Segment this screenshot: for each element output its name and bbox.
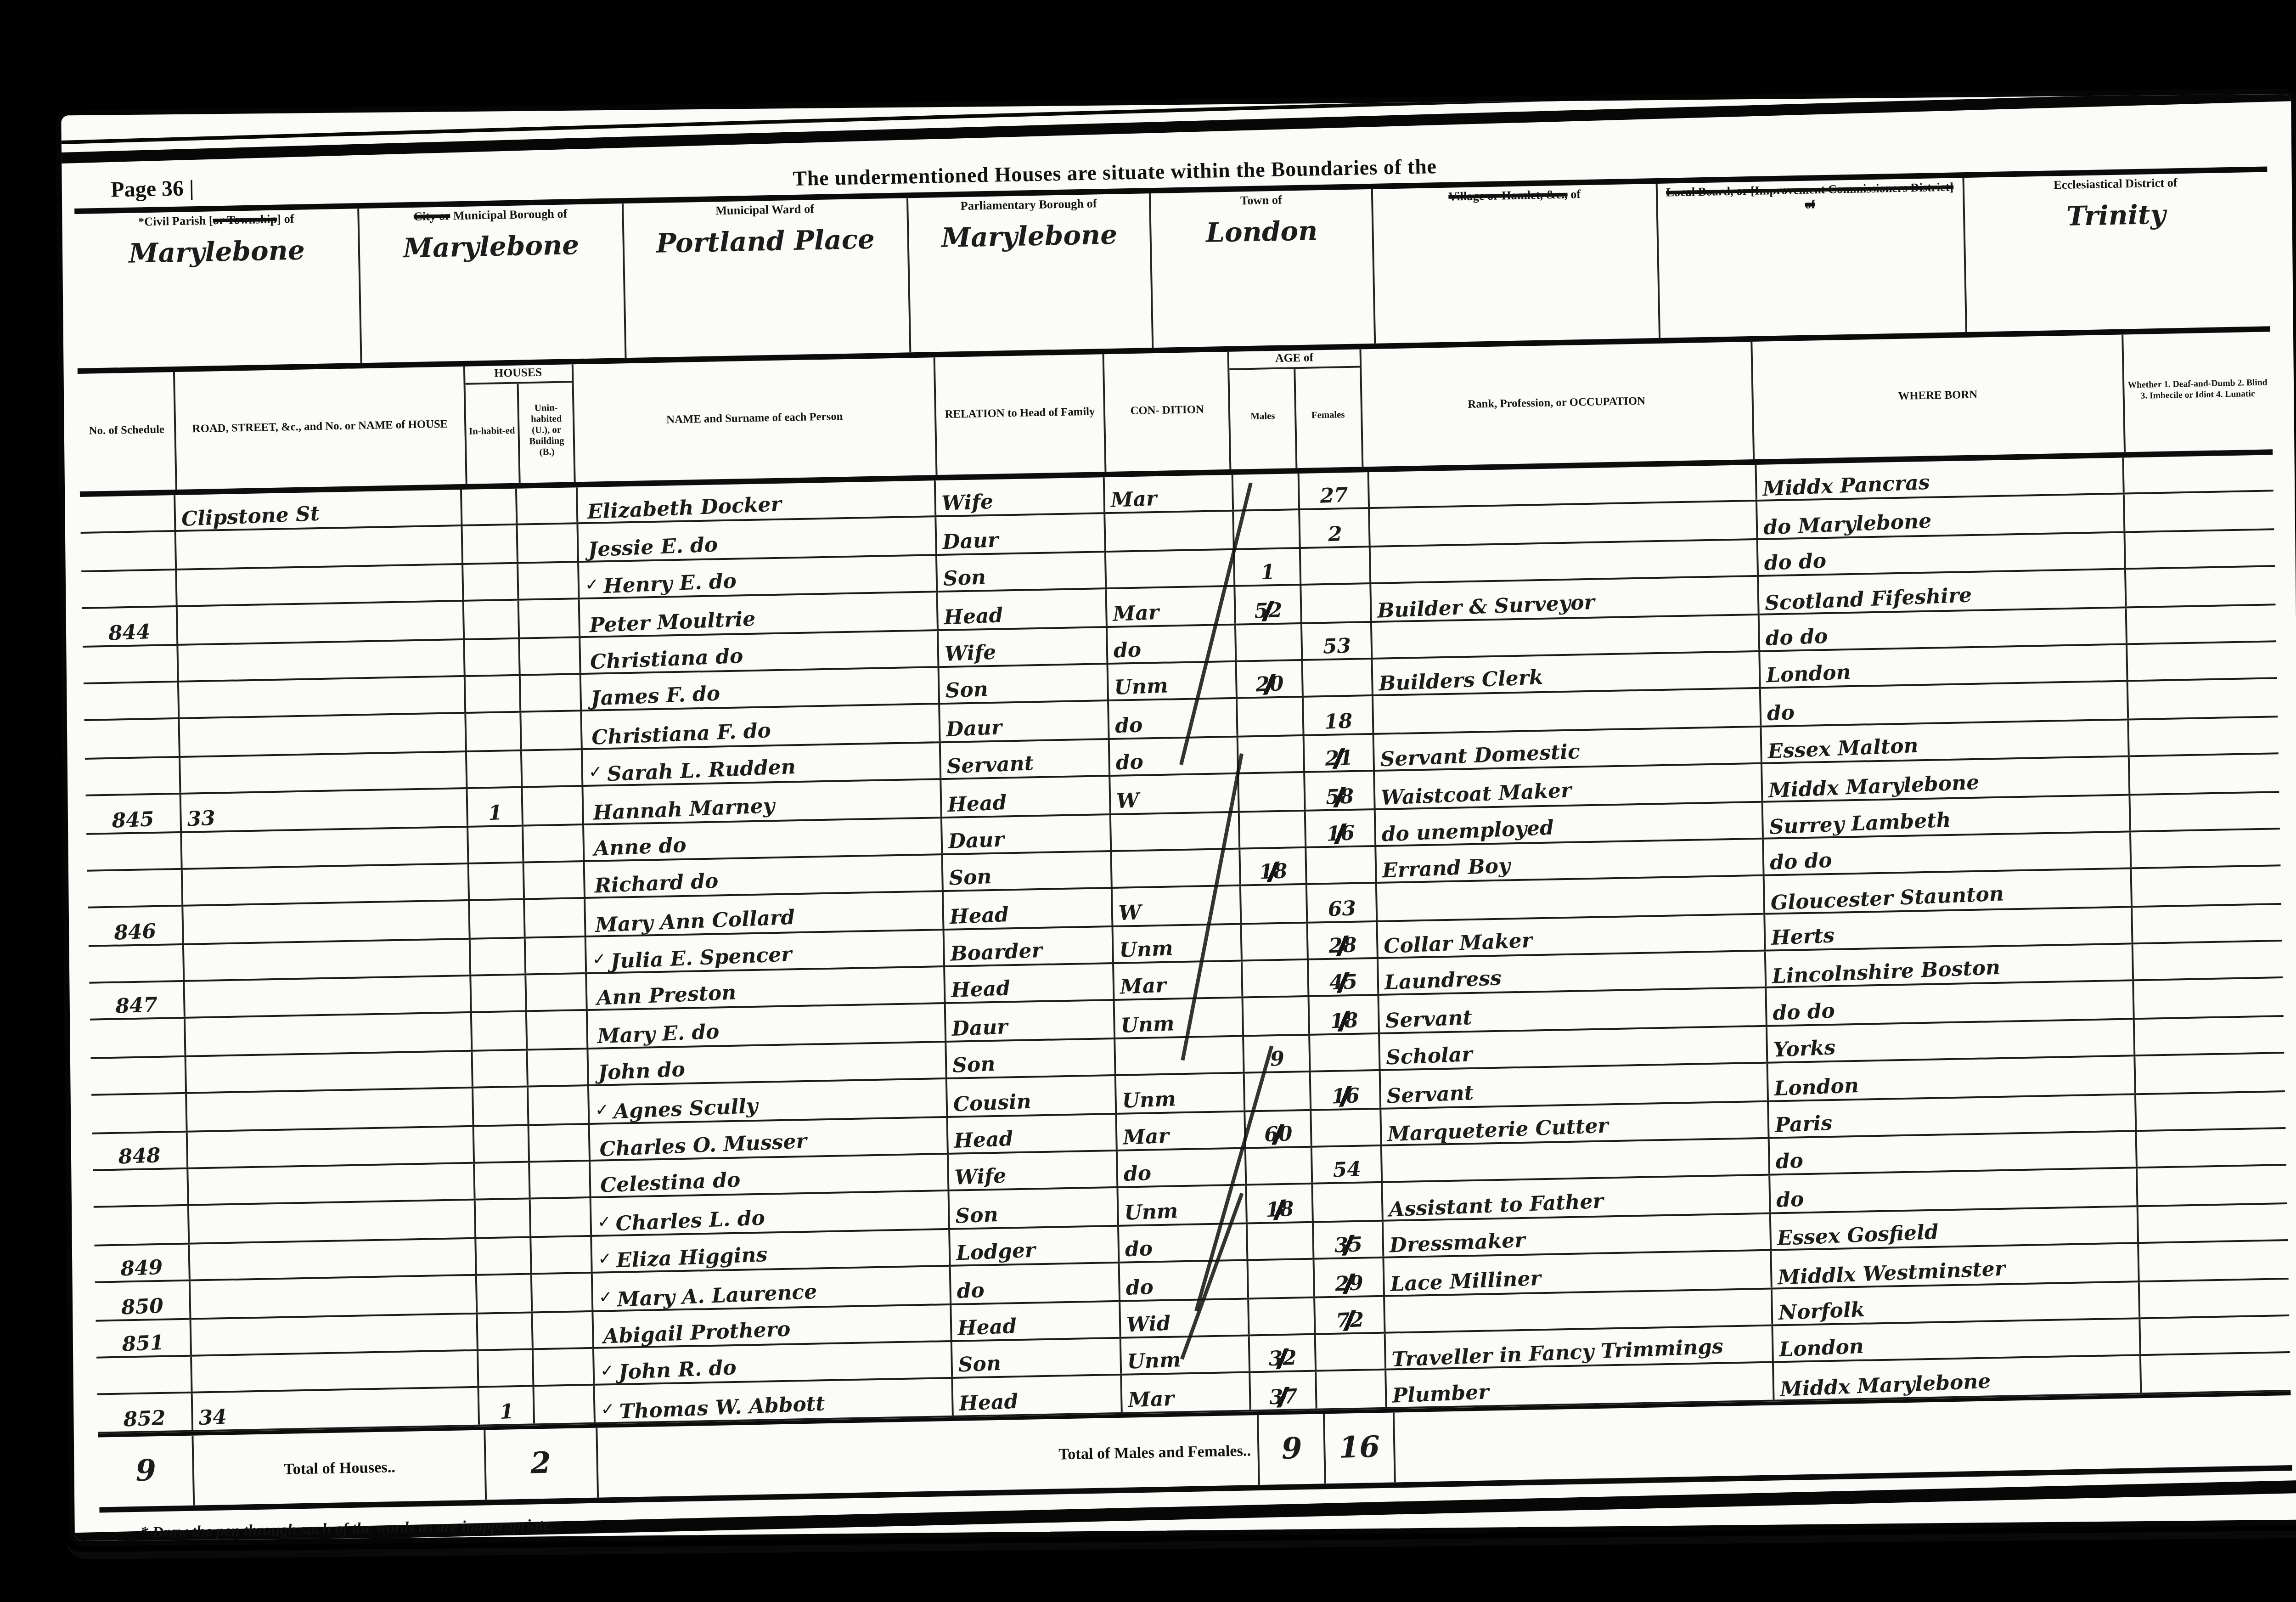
- cell-schedule: [85, 757, 181, 795]
- district-label: Municipal Ward of: [629, 202, 901, 222]
- cell-schedule: 851: [96, 1319, 192, 1357]
- cell-age-male: [1233, 474, 1300, 510]
- cell-where-born: London: [1761, 645, 2127, 688]
- cell-where-born: Essex Gosfield: [1772, 1207, 2138, 1249]
- cell-infirmities: [2133, 942, 2283, 980]
- cell-where-born: Yorks: [1768, 1020, 2135, 1062]
- cell-condition: Mar: [1123, 1374, 1251, 1412]
- cell-schedule: [91, 1094, 187, 1132]
- cell-uninhabited: [521, 637, 581, 674]
- col-header-occupation: Rank, Profession, or OCCUPATION: [1361, 342, 1755, 467]
- cell-condition: Mar: [1105, 475, 1234, 513]
- cell-uninhabited: [535, 1386, 596, 1423]
- cell-road: [179, 677, 467, 718]
- cell-occupation: Errand Boy: [1377, 839, 1765, 882]
- cell-relation: Wife: [936, 477, 1106, 516]
- cell-age-female: 54: [1312, 1146, 1384, 1183]
- cell-where-born: Paris: [1769, 1094, 2136, 1137]
- cell-condition: do: [1109, 625, 1237, 663]
- cell-schedule: [94, 1207, 190, 1244]
- cell-where-born: do do: [1760, 608, 2127, 650]
- census-page-content: Page 36 | The undermentioned Houses are …: [73, 95, 2293, 1544]
- district-cell: *Civil Parish [or Township] ofMarylebone: [74, 209, 362, 368]
- page-number-value: 36 |: [161, 175, 194, 201]
- cell-inhabited: [472, 976, 528, 1012]
- cell-infirmities: [2140, 1316, 2290, 1355]
- cell-road: [178, 639, 466, 681]
- cell-age-female: 16: [1311, 1072, 1382, 1108]
- cell-name: John do: [588, 1042, 947, 1085]
- cell-inhabited: 1: [468, 788, 524, 825]
- cell-relation: Son: [949, 1189, 1120, 1228]
- district-value: Trinity: [1970, 198, 2263, 235]
- cell-occupation: Laundress: [1379, 952, 1767, 995]
- cell-condition: Mar: [1118, 1111, 1246, 1150]
- cell-infirmities: [2124, 492, 2274, 531]
- cell-occupation: Assistant to Father: [1384, 1176, 1772, 1219]
- cell-age-male: 20: [1237, 661, 1304, 698]
- cell-age-female: 21: [1305, 734, 1376, 771]
- totals-males-value: 9: [1260, 1413, 1326, 1484]
- col-header-road: ROAD, STREET, &c., and No. or NAME of HO…: [175, 367, 467, 490]
- cell-age-female: [1301, 547, 1372, 584]
- cell-inhabited: [477, 1238, 533, 1275]
- cell-age-male: 18: [1247, 1185, 1314, 1222]
- cell-occupation: [1371, 502, 1759, 545]
- census-table-body: Clipstone St Elizabeth Docker Wife Mar 2…: [80, 455, 2290, 1433]
- cell-uninhabited: [531, 1162, 591, 1198]
- cell-uninhabited: [520, 600, 580, 637]
- cell-road: [180, 752, 468, 793]
- cell-infirmities: [2128, 680, 2278, 718]
- cell-schedule: 845: [86, 795, 182, 832]
- cell-infirmities: [2127, 642, 2277, 681]
- cell-relation: Son: [952, 1339, 1123, 1378]
- cell-condition: do: [1110, 699, 1238, 738]
- cell-name: Ann Preston: [587, 967, 945, 1010]
- cell-relation: Cousin: [947, 1077, 1118, 1116]
- cell-schedule: 844: [82, 608, 178, 645]
- cell-age-male: 60: [1246, 1110, 1312, 1147]
- cell-infirmities: [2137, 1167, 2287, 1205]
- cell-occupation: [1371, 540, 1759, 583]
- totals-houses-value: 2: [485, 1427, 598, 1500]
- cell-inhabited: [465, 638, 522, 675]
- cell-where-born: Middlx Westminster: [1772, 1244, 2139, 1287]
- cell-uninhabited: [518, 525, 579, 562]
- check-mark-icon: ✓: [589, 763, 603, 784]
- cell-infirmities: [2138, 1204, 2288, 1242]
- cell-relation: Boarder: [944, 927, 1114, 966]
- check-mark-icon: ✓: [598, 1250, 612, 1270]
- cell-infirmities: [2139, 1279, 2289, 1317]
- cell-infirmities: [2126, 567, 2275, 606]
- cell-where-born: do do: [1764, 832, 2131, 875]
- cell-inhabited: [464, 564, 520, 600]
- check-mark-icon: ✓: [585, 575, 599, 596]
- cell-road: [177, 564, 464, 606]
- cell-age-female: 58: [1306, 772, 1377, 808]
- cell-where-born: Herts: [1766, 907, 2133, 950]
- cell-name: Elizabeth Docker: [578, 480, 936, 523]
- page-label: Page: [111, 176, 157, 203]
- cell-relation: Head: [948, 1114, 1118, 1153]
- cell-condition: W: [1114, 887, 1242, 925]
- cell-uninhabited: [533, 1274, 594, 1311]
- totals-females-value: 16: [1325, 1412, 1396, 1483]
- cell-infirmities: [2125, 530, 2274, 568]
- cell-schedule: [81, 570, 177, 608]
- cell-inhabited: [467, 751, 523, 788]
- cell-uninhabited: [527, 974, 588, 1011]
- cell-uninhabited: [529, 1087, 590, 1123]
- cell-road: [187, 1089, 474, 1130]
- cell-occupation: [1373, 615, 1761, 658]
- col-header-age-group: AGE of Males Females: [1230, 349, 1362, 469]
- cell-relation: Head: [941, 777, 1112, 816]
- cell-age-male: [1243, 960, 1310, 997]
- cell-relation: do: [951, 1264, 1121, 1303]
- cell-age-female: 16: [1306, 809, 1377, 846]
- district-value: London: [1157, 215, 1367, 251]
- cell-age-male: [1246, 1148, 1313, 1185]
- col-header-houses-group: HOUSES In-habit-ed Unin-habited (U.), or…: [464, 364, 576, 484]
- cell-name: Christiana F. do: [582, 705, 940, 748]
- cell-condition: Unm: [1117, 1074, 1245, 1112]
- cell-schedule: [87, 869, 183, 907]
- cell-inhabited: [470, 901, 527, 937]
- cell-inhabited: [474, 1088, 530, 1124]
- col-header-males: Males: [1230, 369, 1297, 469]
- cell-condition: W: [1111, 774, 1240, 812]
- cell-uninhabited: [526, 899, 586, 936]
- cell-road: [188, 1164, 476, 1205]
- cell-relation: Head: [945, 964, 1115, 1003]
- cell-schedule: [93, 1169, 189, 1207]
- cell-inhabited: [473, 1050, 529, 1087]
- cell-infirmities: [2141, 1354, 2290, 1392]
- cell-name: Anne do: [584, 818, 943, 860]
- cell-occupation: Servant: [1380, 989, 1768, 1032]
- cell-infirmities: [2131, 867, 2281, 905]
- cell-uninhabited: [534, 1311, 594, 1348]
- district-cell: Ecclesiastical District ofTrinity: [1964, 172, 2270, 332]
- cell-occupation: [1370, 465, 1758, 508]
- totals-schedule-count: 9: [98, 1435, 195, 1507]
- cell-road: 33: [181, 789, 468, 830]
- cell-schedule: 849: [94, 1244, 190, 1282]
- cell-road: [182, 864, 470, 905]
- cell-condition: [1107, 550, 1236, 588]
- cell-uninhabited: [529, 1049, 589, 1086]
- cell-name: ✓Julia E. Spencer: [586, 930, 945, 973]
- cell-road: [176, 527, 463, 569]
- cell-schedule: [83, 645, 179, 683]
- cell-schedule: [89, 945, 185, 982]
- cell-age-female: 18: [1304, 697, 1375, 733]
- district-value: Portland Place: [629, 224, 902, 260]
- cell-infirmities: [2130, 792, 2279, 830]
- cell-where-born: do: [1770, 1132, 2137, 1174]
- cell-age-female: [1316, 1334, 1387, 1371]
- cell-age-male: [1249, 1260, 1315, 1297]
- cell-name: ✓Eliza Higgins: [592, 1230, 951, 1272]
- cell-occupation: [1378, 877, 1766, 920]
- cell-age-male: [1237, 623, 1303, 660]
- cell-inhabited: 1: [479, 1388, 536, 1424]
- cell-infirmities: [2132, 904, 2282, 943]
- cell-road: 34: [192, 1388, 480, 1430]
- cell-name: ✓Sarah L. Rudden: [583, 743, 941, 785]
- cell-occupation: Servant Domestic: [1375, 727, 1763, 770]
- cell-where-born: do do: [1759, 533, 2126, 575]
- cell-where-born: do: [1761, 683, 2128, 725]
- cell-uninhabited: [530, 1124, 591, 1161]
- cell-age-male: [1244, 998, 1310, 1035]
- cell-road: [190, 1239, 477, 1280]
- cell-infirmities: [2135, 1054, 2285, 1093]
- cell-condition: [1113, 849, 1241, 887]
- cell-name: ✓John R. do: [594, 1342, 953, 1385]
- cell-schedule: 850: [95, 1281, 191, 1319]
- cell-relation: Daur: [940, 702, 1110, 741]
- cell-age-female: 53: [1303, 622, 1374, 659]
- cell-schedule: 852: [97, 1394, 193, 1432]
- cell-age-male: [1242, 886, 1308, 922]
- cell-condition: Unm: [1115, 999, 1244, 1037]
- cell-age-female: [1311, 1034, 1382, 1071]
- col-header-relation: RELATION to Head of Family: [935, 354, 1106, 475]
- cell-schedule: 847: [89, 982, 185, 1020]
- cell-where-born: do do: [1767, 982, 2134, 1025]
- cell-inhabited: [463, 526, 519, 563]
- totals-males-females-label: Total of Males and Females..: [597, 1415, 1261, 1497]
- check-mark-icon: ✓: [598, 1287, 613, 1308]
- cell-condition: Unm: [1109, 662, 1238, 700]
- cell-occupation: Builders Clerk: [1373, 652, 1761, 695]
- cell-road: Clipstone St: [175, 490, 463, 531]
- cell-road: [183, 902, 471, 943]
- cell-where-born: Essex Malton: [1762, 720, 2129, 762]
- cell-condition: Unm: [1114, 924, 1243, 962]
- cell-where-born: Norfolk: [1773, 1282, 2140, 1325]
- cell-inhabited: [466, 676, 522, 712]
- district-value: Marylebone: [80, 235, 353, 271]
- cell-infirmities: [2126, 604, 2276, 643]
- census-page: Page 36 | The undermentioned Houses are …: [56, 89, 2296, 1547]
- cell-age-female: [1312, 1109, 1383, 1145]
- check-mark-icon: ✓: [601, 1399, 615, 1420]
- district-cell: City or Municipal Borough ofMarylebone: [359, 203, 626, 363]
- cell-inhabited: [469, 863, 526, 900]
- district-cell: Village or Hamlet, &c., of: [1373, 184, 1661, 344]
- cell-age-female: 18: [1310, 997, 1381, 1033]
- cell-road: [186, 1014, 473, 1055]
- cell-occupation: Servant: [1381, 1064, 1769, 1107]
- cell-condition: Mar: [1115, 962, 1244, 1000]
- district-cell: Local Board, or [Improvement Commissione…: [1658, 178, 1966, 338]
- check-mark-icon: ✓: [595, 1100, 609, 1121]
- cell-relation: Daur: [942, 814, 1113, 853]
- cell-occupation: Traveller in Fancy Trimmings: [1386, 1326, 1774, 1369]
- cell-occupation: do unemployed: [1376, 802, 1764, 845]
- cell-name: Jessie E. do: [579, 518, 937, 561]
- cell-age-female: [1317, 1371, 1388, 1408]
- cell-inhabited: [479, 1350, 535, 1387]
- cell-inhabited: [477, 1275, 534, 1312]
- cell-road: [192, 1351, 479, 1393]
- cell-relation: Lodger: [950, 1226, 1120, 1265]
- cell-where-born: Middx Marylebone: [1774, 1357, 2141, 1399]
- cell-age-male: [1238, 736, 1305, 773]
- cell-relation: Son: [943, 852, 1113, 891]
- cell-occupation: Waistcoat Maker: [1376, 764, 1764, 807]
- cell-inhabited: [476, 1200, 532, 1237]
- cell-age-male: [1239, 773, 1306, 810]
- district-label: Town of: [1156, 193, 1366, 212]
- cell-where-born: London: [1774, 1319, 2141, 1362]
- cell-relation: Head: [951, 1301, 1122, 1340]
- check-mark-icon: ✓: [600, 1362, 614, 1383]
- cell-inhabited: [467, 713, 523, 750]
- cell-condition: [1106, 512, 1235, 550]
- district-cell: Town ofLondon: [1151, 189, 1376, 348]
- col-header-where-born: WHERE BORN: [1752, 335, 2125, 459]
- col-header-age: AGE of: [1230, 349, 1359, 370]
- cell-uninhabited: [519, 562, 580, 599]
- cell-name: ✓Agnes Scully: [589, 1080, 948, 1123]
- cell-occupation: Builder & Surveyor: [1372, 577, 1760, 620]
- cell-name: Mary Ann Collard: [585, 892, 944, 935]
- cell-name: ✓Charles L. do: [591, 1192, 950, 1235]
- col-header-schedule: No. of Schedule: [78, 372, 178, 491]
- cell-road: [187, 1126, 475, 1168]
- district-value: Marylebone: [914, 220, 1144, 255]
- district-label: Parliamentary Borough of: [913, 197, 1144, 217]
- cell-infirmities: [2123, 455, 2273, 493]
- scanned-census-photograph: Page 36 | The undermentioned Houses are …: [0, 0, 2296, 1602]
- check-mark-icon: ✓: [597, 1212, 611, 1233]
- cell-age-female: 28: [1308, 922, 1379, 959]
- cell-relation: Wife: [949, 1151, 1119, 1190]
- cell-where-born: Scotland Fifeshire: [1759, 570, 2126, 613]
- cell-age-male: 9: [1244, 1035, 1311, 1072]
- col-header-inhabited: In-habit-ed: [465, 384, 521, 484]
- district-label: *Civil Parish [or Township] of: [80, 212, 352, 232]
- cell-road: [182, 827, 469, 868]
- cell-uninhabited: [518, 487, 579, 524]
- cell-name: Richard do: [585, 855, 944, 898]
- totals-houses-label: Total of Houses..: [194, 1429, 487, 1505]
- cell-road: [177, 602, 465, 643]
- cell-occupation: Scholar: [1381, 1027, 1769, 1070]
- cell-inhabited: [471, 938, 527, 975]
- district-cell: Municipal Ward ofPortland Place: [623, 198, 911, 358]
- cell-age-male: 1: [1235, 548, 1301, 585]
- cell-road: [191, 1314, 478, 1355]
- cell-inhabited: [474, 1125, 531, 1162]
- cell-schedule: [80, 495, 176, 533]
- cell-uninhabited: [524, 824, 585, 861]
- district-label: Ecclesiastical District of: [1969, 176, 2262, 197]
- cell-name: Peter Moultrie: [580, 593, 939, 636]
- cell-occupation: Plumber: [1387, 1364, 1775, 1407]
- cell-age-male: 37: [1251, 1372, 1317, 1409]
- cell-condition: [1116, 1037, 1245, 1075]
- col-header-condition: CON- DITION: [1104, 352, 1232, 472]
- cell-condition: do: [1119, 1149, 1247, 1187]
- cell-relation: Son: [939, 665, 1109, 704]
- cell-schedule: [90, 1020, 186, 1057]
- cell-occupation: Dressmaker: [1384, 1214, 1773, 1257]
- cell-age-female: 27: [1300, 472, 1371, 509]
- cell-name: Hannah Marney: [584, 780, 942, 823]
- cell-uninhabited: [528, 1012, 589, 1049]
- cell-where-born: Surrey Lambeth: [1764, 795, 2131, 837]
- page-number: Page 36 |: [85, 175, 194, 205]
- cell-name: Mary E. do: [588, 1005, 946, 1048]
- cell-infirmities: [2129, 755, 2279, 793]
- cell-schedule: [84, 720, 180, 757]
- cell-name: ✓Mary A. Laurence: [593, 1267, 951, 1310]
- cell-age-female: [1313, 1184, 1384, 1220]
- cell-condition: Unm: [1119, 1186, 1248, 1224]
- cell-name: Celestina do: [591, 1155, 949, 1197]
- cell-age-male: [1248, 1223, 1315, 1259]
- totals-filler: [1395, 1395, 2292, 1482]
- cell-relation: Head: [944, 889, 1114, 928]
- cell-condition: do: [1120, 1224, 1249, 1262]
- cell-uninhabited: [526, 937, 587, 974]
- district-label: City or Municipal Borough of: [365, 207, 616, 227]
- cell-relation: Head: [938, 590, 1108, 629]
- cell-name: Charles O. Musser: [590, 1117, 949, 1160]
- cell-uninhabited: [522, 675, 582, 711]
- cell-age-male: 32: [1250, 1335, 1317, 1372]
- cell-schedule: 846: [88, 907, 184, 945]
- cell-age-male: 18: [1241, 848, 1307, 885]
- district-label: Local Board, or [Improvement Commissione…: [1663, 181, 1957, 217]
- cell-name: ✓Thomas W. Abbott: [595, 1379, 954, 1422]
- cell-infirmities: [2136, 1092, 2285, 1130]
- cell-occupation: Collar Maker: [1379, 914, 1767, 957]
- cell-where-born: Gloucester Staunton: [1765, 870, 2132, 913]
- cell-age-female: 63: [1307, 884, 1379, 921]
- cell-occupation: [1383, 1139, 1771, 1182]
- cell-name: ✓Henry E. do: [579, 555, 938, 598]
- cell-inhabited: [462, 489, 519, 525]
- cell-uninhabited: [525, 862, 585, 899]
- cell-road: [184, 939, 472, 981]
- cell-inhabited: [464, 601, 521, 637]
- cell-occupation: Lace Milliner: [1385, 1251, 1773, 1294]
- cell-age-male: [1240, 811, 1306, 847]
- district-value: Marylebone: [366, 230, 617, 265]
- cell-age-female: 29: [1315, 1259, 1386, 1296]
- cell-schedule: [81, 533, 177, 570]
- cell-where-born: Middx Marylebone: [1763, 757, 2130, 800]
- cell-age-male: [1249, 1297, 1316, 1334]
- cell-relation: Wife: [939, 627, 1109, 666]
- cell-age-male: 52: [1236, 586, 1302, 623]
- cell-relation: Head: [953, 1376, 1123, 1415]
- cell-schedule: [96, 1357, 192, 1394]
- cell-uninhabited: [523, 787, 584, 824]
- cell-schedule: [86, 832, 182, 870]
- cell-condition: do: [1110, 737, 1239, 775]
- col-header-houses: HOUSES: [464, 364, 572, 384]
- cell-road: [191, 1276, 478, 1317]
